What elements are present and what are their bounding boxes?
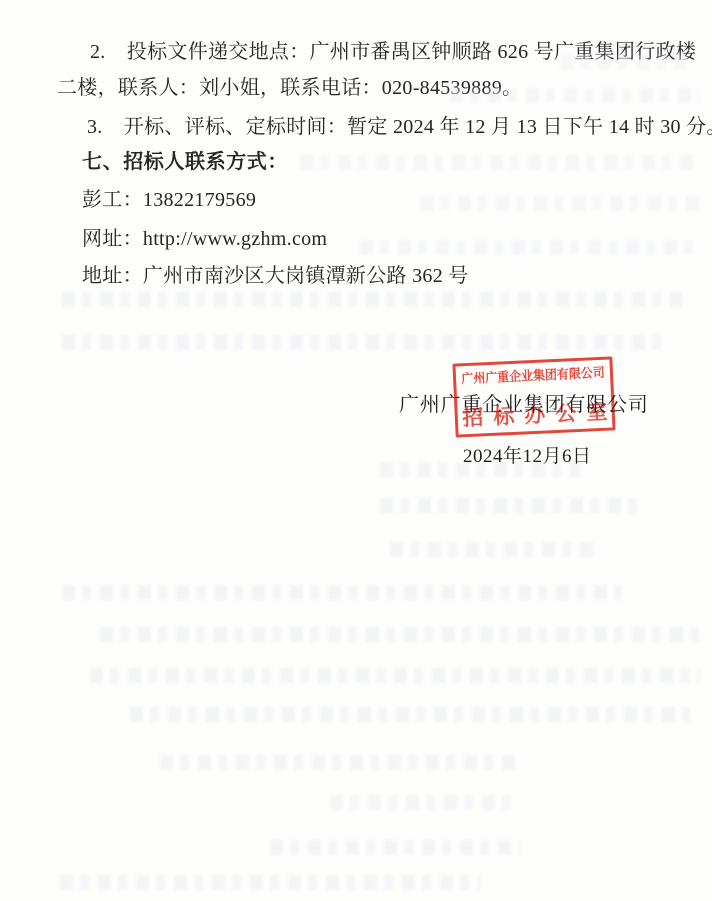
document-page: 2. 投标文件递交地点：广州市番禺区钟顺路 626 号广重集团行政楼 二楼，联系… [0,0,712,901]
section-heading-contact: 七、招标人联系方式： [82,151,288,173]
contact-phone-line: 彭工：13822179569 [82,189,256,211]
scan-artifact [60,875,480,890]
scan-artifact [560,55,690,70]
scan-artifact [130,707,690,722]
stamp-company-name: 广州广重企业集团有限公司 [461,362,605,387]
signature-company-name: 广州广重企业集团有限公司 [399,388,649,417]
signature-date: 2024年12月6日 [463,441,592,468]
scan-artifact [100,627,700,642]
contact-address-line: 地址：广州市南沙区大岗镇潭新公路 362 号 [82,265,469,287]
scan-artifact [62,335,662,350]
scan-artifact [160,755,520,770]
scan-artifact [62,292,682,307]
scan-artifact [360,240,700,255]
scan-artifact [450,88,700,103]
paragraph-item-3: 3. 开标、评标、定标时间：暂定 2024 年 12 月 13 日下午 14 时… [87,116,712,138]
scan-artifact [90,668,700,683]
scan-artifact [420,196,700,211]
scan-artifact [390,542,600,557]
scan-artifact [300,155,700,170]
scan-artifact [62,585,622,600]
scan-artifact [270,840,520,855]
scan-artifact [380,498,640,513]
scan-artifact [330,795,520,810]
contact-website-line: 网址：http://www.gzhm.com [82,228,327,250]
